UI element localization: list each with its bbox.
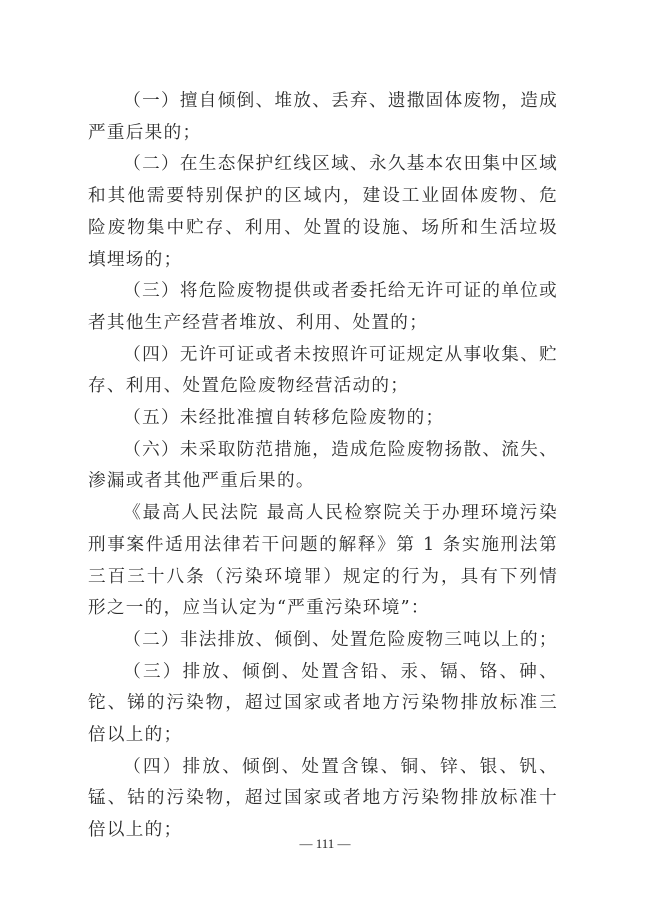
- paragraph-item-6: （六）未采取防范措施，造成危险废物扬散、流失、渗漏或者其他严重后果的。: [88, 435, 558, 498]
- paragraph-item-3: （三）将危险废物提供或者委托给无许可证的单位或者其他生产经营者堆放、利用、处置的…: [88, 276, 558, 339]
- paragraph-clause-3: （三）排放、倾倒、处置含铅、汞、镉、铬、砷、铊、锑的污染物，超过国家或者地方污染…: [88, 657, 558, 752]
- page-number: — 111 —: [0, 836, 650, 852]
- document-page: （一）擅自倾倒、堆放、丢弃、遗撒固体废物，造成严重后果的； （二）在生态保护红线…: [0, 0, 650, 919]
- paragraph-clause-2: （二）非法排放、倾倒、处置危险废物三吨以上的；: [88, 625, 558, 657]
- paragraph-item-5: （五）未经批准擅自转移危险废物的；: [88, 403, 558, 435]
- paragraph-item-2: （二）在生态保护红线区域、永久基本农田集中区域和其他需要特别保护的区域内，建设工…: [88, 149, 558, 276]
- document-body: （一）擅自倾倒、堆放、丢弃、遗撒固体废物，造成严重后果的； （二）在生态保护红线…: [88, 86, 558, 847]
- paragraph-clause-4: （四）排放、倾倒、处置含镍、铜、锌、银、钒、锰、钴的污染物，超过国家或者地方污染…: [88, 752, 558, 847]
- paragraph-interpretation: 《最高人民法院 最高人民检察院关于办理环境污染刑事案件适用法律若干问题的解释》第…: [88, 498, 558, 625]
- paragraph-item-1: （一）擅自倾倒、堆放、丢弃、遗撒固体废物，造成严重后果的；: [88, 86, 558, 149]
- paragraph-item-4: （四）无许可证或者未按照许可证规定从事收集、贮存、利用、处置危险废物经营活动的；: [88, 340, 558, 403]
